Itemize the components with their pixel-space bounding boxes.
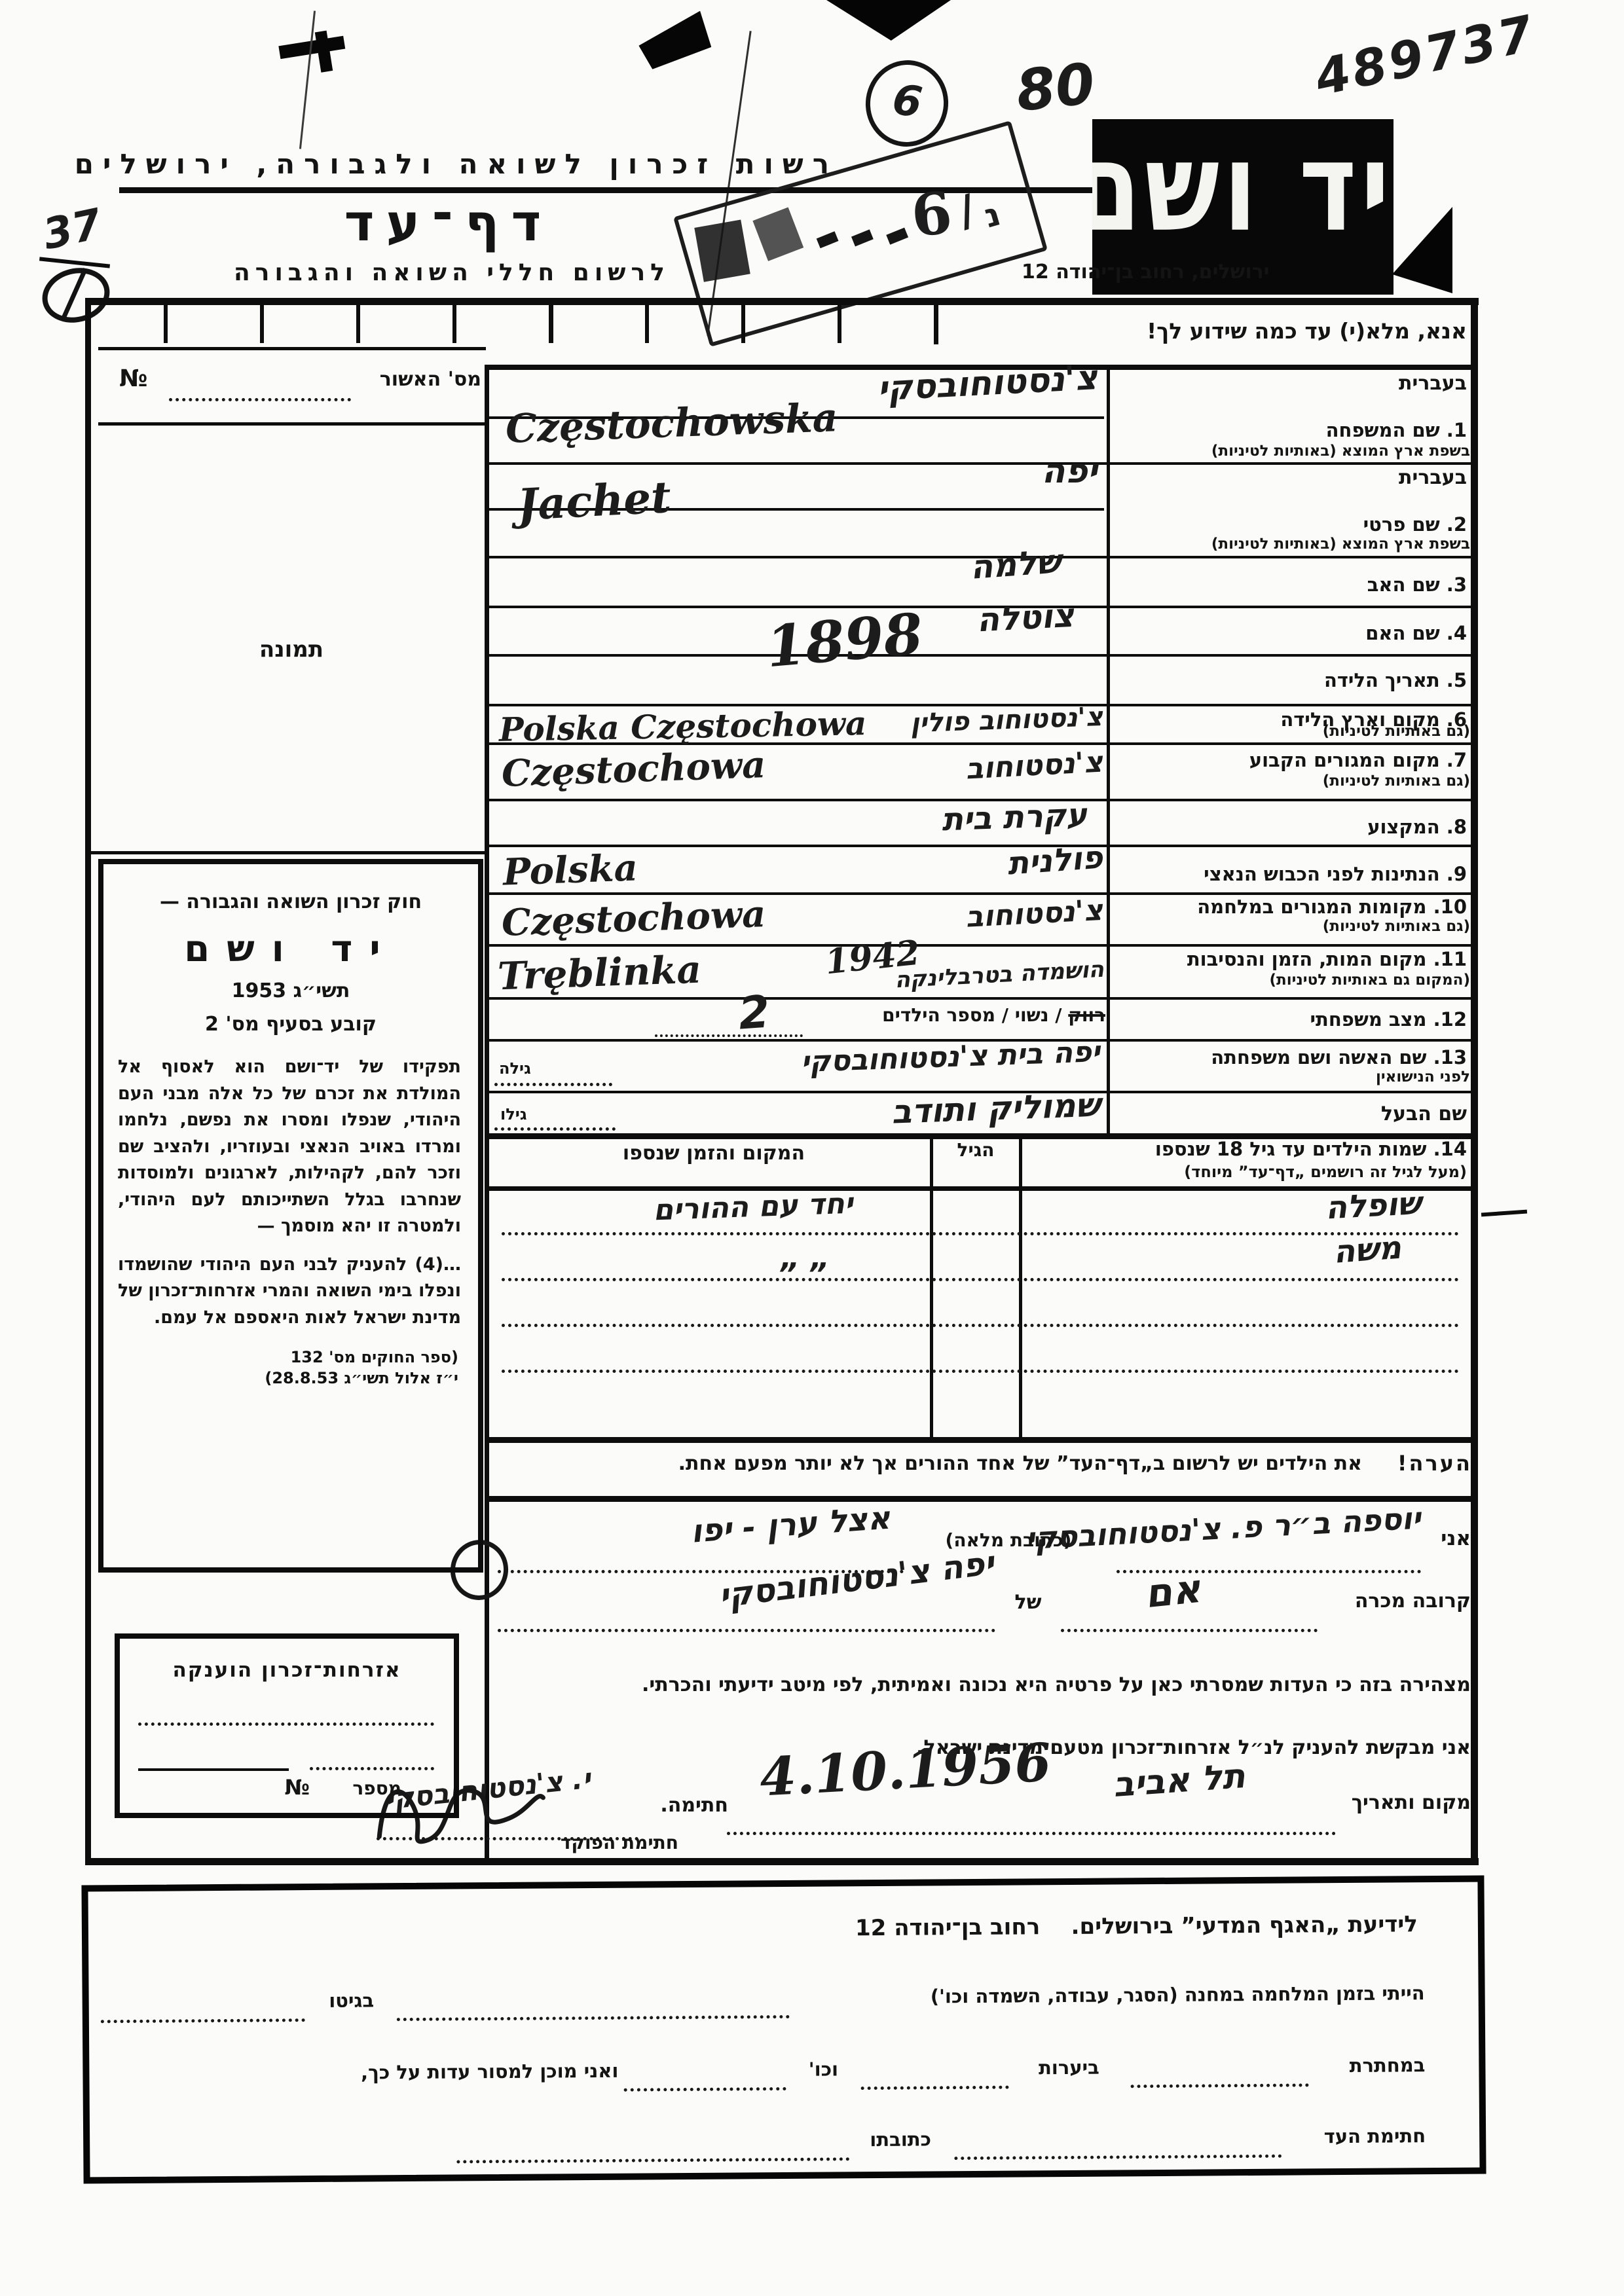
table-header-age: הגיל xyxy=(935,1139,1016,1161)
children-count-dots xyxy=(655,1034,803,1037)
table-row-line-4 xyxy=(502,1370,1459,1373)
footer-underground-label: במחתרת xyxy=(1314,2054,1425,2077)
row-line xyxy=(489,654,1472,657)
form-subtitle: לרשום חללי השואה והגבורה xyxy=(216,259,688,286)
hw-children-count: 2 xyxy=(737,986,771,1040)
form-divider-labels xyxy=(1107,365,1110,1136)
scanned-testimony-page: { "margin_annotations": { "file_number":… xyxy=(0,0,1624,2296)
hw-war-residence-latin: Częstochowa xyxy=(501,892,766,945)
hw-war-residence-hebrew: צ'נסטוחוב xyxy=(923,894,1103,936)
hw-declarant-address: אצל ערן - יפו xyxy=(523,1500,892,1562)
law-title-4: קובע בסעיף מס' 2 xyxy=(103,1013,478,1036)
footer-camp-dots xyxy=(397,2015,790,2021)
law-clause: …(4) להעניק לבני העם היהודי שהושמדו ונפל… xyxy=(118,1252,461,1332)
law-paragraph: תפקידו של יד־ושם הוא לאסוף אל המולדת את … xyxy=(118,1054,461,1240)
artifact-top-blob xyxy=(635,10,714,71)
authority-title: רשות זכרון לשואה ולגבורה, ירושלים xyxy=(144,148,838,180)
field-label-1: 1. שם המשפחה xyxy=(1113,419,1467,441)
form-divider-main xyxy=(485,365,489,1858)
footer-testimony-tail: ואני מוכן למסור עדות על כך, xyxy=(220,2060,618,2085)
law-source-1: (ספר החוקים מס' 132 xyxy=(103,1348,458,1366)
table-divider-age-left xyxy=(930,1133,933,1437)
photo-placeholder-label: תמונה xyxy=(249,636,334,663)
field-note-13: לפני הנישואין xyxy=(1113,1068,1470,1085)
hw-child-1-name: שופלה xyxy=(1217,1185,1422,1232)
artifact-scratch-line-2 xyxy=(299,10,316,149)
hw-surname-latin: Częstochowska xyxy=(505,395,839,452)
hw-residence-latin: Częstochowa xyxy=(501,743,766,795)
footer-title-address: רחוב בן־יהודה 12 xyxy=(855,1914,1040,1941)
hw-wife-name: יפה בית צ'נסטוחובסקי xyxy=(615,1035,1100,1085)
marital-options-rest: / נשוי / מספר הילדים xyxy=(882,1004,1061,1026)
hw-place: תל אביב xyxy=(1112,1757,1246,1805)
table-header-names-note: (מעל לגיל זה רושמים „דף־עד” מיוחד) xyxy=(1028,1163,1467,1181)
form-border-bottom xyxy=(85,1858,1479,1865)
law-title-3: תשי״ג 1953 xyxy=(103,979,478,1002)
tick-strip-underline xyxy=(98,347,486,350)
footer-info-box: לידיעת „האגף המדעי” בירושלים. רחוב בן־יה… xyxy=(81,1876,1486,2184)
form-title: דף־עד xyxy=(341,194,557,253)
row-line xyxy=(489,997,1472,1000)
left-margin-circle-mark xyxy=(37,261,116,330)
field-label-7: 7. מקום המגורים הקבוע xyxy=(1113,749,1467,771)
wife-age-label: גילה xyxy=(499,1059,531,1078)
row-line xyxy=(489,944,1472,947)
declaration-statement: מצהירה בזה כי העדות שמסרתי כאן על פרטיה … xyxy=(498,1673,1471,1696)
hw-child-2-name: משה xyxy=(1243,1230,1402,1277)
hw-relation: אם xyxy=(1143,1566,1203,1618)
field-label-hebrew-1: בעברית xyxy=(1113,372,1467,395)
hw-birth-year: 1898 xyxy=(764,601,925,680)
form-border-right xyxy=(1471,298,1478,1865)
circled-number-value: 6 xyxy=(889,75,925,127)
hw-birthplace-latin: Polska Częstochowa xyxy=(499,704,867,749)
circled-number-annotation: 6 xyxy=(860,55,953,152)
husband-age-label: גילו xyxy=(500,1105,527,1123)
footer-forests-label: ביערות xyxy=(1014,2056,1124,2079)
artifact-margin-dash xyxy=(1481,1210,1527,1217)
citizenship-number-symbol: № xyxy=(285,1775,310,1800)
field-label-11: 11. מקום המות, הזמן והנסיבות xyxy=(1113,948,1467,970)
citizenship-number-label: מספר xyxy=(352,1777,401,1799)
field-label-2: 2. שם פרטי xyxy=(1113,513,1467,536)
clerk-signature-label: חתימת הפוקד xyxy=(541,1832,678,1853)
approval-number-line xyxy=(169,398,351,401)
left-margin-number: 37 xyxy=(39,200,106,260)
field-label-10: 10. מקומות המגורים במלחמה xyxy=(1113,896,1467,918)
form-border-left xyxy=(85,298,91,1865)
field-note-2: בשפת ארץ המוצא (באותיות לטיניות) xyxy=(1113,536,1470,553)
law-title-2: יד ושם xyxy=(103,928,478,970)
table-header-names: 14. שמות הילדים עד גיל 18 שנספו xyxy=(1028,1138,1467,1160)
footer-ghetto-label: בגיטו xyxy=(312,1989,392,2012)
footer-underground-dots xyxy=(1131,2083,1309,2088)
footer-ghetto-dots xyxy=(101,2018,305,2023)
hw-profession: עקרת בית xyxy=(811,797,1088,843)
footer-camp-label: הייתי בזמן המלחמה במחנה (הסגר, עבודה, הש… xyxy=(796,1982,1425,2009)
left-margin-underline xyxy=(39,257,110,268)
footer-etc-label: וכו' xyxy=(791,2058,855,2081)
marital-status-options: רווק / נשוי / מספר הילדים xyxy=(811,1004,1105,1026)
field-label-5: 5. תאריך הלידה xyxy=(1113,669,1467,691)
footer-etc-dots xyxy=(624,2087,786,2092)
hw-father-name: שלמה xyxy=(876,542,1061,592)
artifact-top-triangle xyxy=(826,0,951,41)
stamp-slash: / xyxy=(953,186,981,237)
photo-area-bottom-line xyxy=(87,851,486,854)
field-label-hebrew-2: בעברית xyxy=(1113,466,1467,489)
footer-witness-signature-dots xyxy=(954,2155,1282,2160)
place-date-dots xyxy=(727,1832,1336,1835)
page-number-annotation: 80 xyxy=(1013,51,1098,124)
citizenship-dots-short xyxy=(310,1767,434,1770)
footer-title-line: לידיעת „האגף המדעי” בירושלים. רחוב בן־יה… xyxy=(246,1911,1418,1945)
place-date-label: מקום ותאריך xyxy=(1336,1791,1471,1814)
note-label: הערה! xyxy=(1380,1451,1472,1476)
citizenship-box: אזרחות־זכרון הוענקה מספר № xyxy=(115,1633,459,1818)
field-note-6: (גם באותיות לטיניות) xyxy=(1113,723,1470,740)
field-note-1: בשפת ארץ המוצא (באותיות לטיניות) xyxy=(1113,443,1470,460)
footer-witness-signature-label: חתימת העד xyxy=(1287,2124,1426,2147)
field-label-8: 8. המקצוע xyxy=(1113,816,1467,838)
logo-address: ירושלים, רחוב בן־יהודה 12 xyxy=(1022,261,1473,283)
hw-child-1-place: יחד עם ההורים xyxy=(621,1186,885,1228)
hw-victim-name: יפה צ'נסטוחובסקי xyxy=(563,1544,996,1634)
hw-citizenship-latin: Polska xyxy=(502,846,638,894)
hw-birthplace-hebrew: צ'נסטוחוב פולין xyxy=(877,702,1103,740)
citizenship-box-title: אזרחות־זכרון הוענקה xyxy=(120,1658,454,1682)
yad-vashem-logo-text: יד ושם xyxy=(1092,119,1393,259)
approval-row-line xyxy=(98,422,486,426)
footer-address-label: כתובתו xyxy=(855,2128,946,2151)
stamp-letter: נ xyxy=(980,194,1005,235)
field-label-13: 13. שם האשה ושם משפחתה xyxy=(1113,1046,1467,1068)
field-label-12: 12. מצב משפחתי xyxy=(1113,1008,1467,1030)
footer-address-dots xyxy=(456,2157,849,2163)
file-number-annotation: 489737 xyxy=(1310,3,1540,107)
field-label-3: 3. שם האב xyxy=(1113,574,1467,596)
footer-title: לידיעת „האגף המדעי” בירושלים. xyxy=(1071,1911,1418,1940)
stamp-digit: 6 xyxy=(908,178,955,250)
hw-residence-hebrew: צ'נסטוחוב xyxy=(916,746,1103,789)
law-title-1: חוק זכרון השואה והגבורה — xyxy=(103,890,478,913)
declarant-address-label: (כתובת מלאה) xyxy=(910,1529,1107,1551)
field-label-husband: שם הבעל xyxy=(1113,1102,1467,1125)
approval-number-label: מס' האשור xyxy=(354,368,481,391)
hw-death-place-latin: Tręblinka xyxy=(497,947,702,999)
footer-forests-dots xyxy=(861,2086,1009,2090)
artifact-corner-mark xyxy=(277,27,351,81)
law-box: חוק זכרון השואה והגבורה — יד ושם תשי״ג 1… xyxy=(98,859,483,1573)
relative-label: קרובה מכרה xyxy=(1323,1590,1471,1613)
approval-number-symbol: № xyxy=(119,365,147,392)
note-rule-bottom xyxy=(489,1496,1472,1502)
hw-firstname-hebrew: יפה xyxy=(969,452,1098,491)
husband-age-dots xyxy=(494,1127,616,1131)
table-row-line-3 xyxy=(502,1324,1459,1327)
relation-dots xyxy=(1061,1629,1318,1632)
form-border-top xyxy=(85,298,1479,305)
table-row-line-2 xyxy=(502,1278,1459,1281)
hw-child-2-place: „ „ xyxy=(733,1240,877,1275)
hw-husband-name: שמוליק ותודב xyxy=(746,1086,1101,1137)
note-text: את הילדים יש לרשום ב„דף־העד” של אחד ההור… xyxy=(498,1452,1362,1475)
hw-firstname-latin: Jachet xyxy=(516,471,672,530)
signature-label: חתימה. xyxy=(643,1794,728,1817)
row-line xyxy=(489,892,1472,895)
note-rule-top xyxy=(489,1437,1472,1443)
marital-option-single: רווק xyxy=(1068,1004,1105,1026)
declarant-i-label: אני xyxy=(1425,1527,1471,1550)
citizenship-dots xyxy=(138,1722,434,1726)
table-header-place: המקום והזמן שנספו xyxy=(557,1142,871,1165)
field-label-4: 4. שם האם xyxy=(1113,622,1467,644)
field-label-9: 9. הנתינות לפני הכבוש הנאצי xyxy=(1113,863,1467,885)
citizenship-line xyxy=(138,1768,289,1771)
table-divider-age-right xyxy=(1019,1133,1022,1437)
field-note-10: (גם באותיות לטיניות) xyxy=(1113,918,1470,935)
field-note-11: (המקום גם באותיות לטיניות) xyxy=(1113,972,1470,989)
of-label: של xyxy=(1002,1591,1054,1614)
law-source-2: י״ז אלול תשי״ג 28.8.53) xyxy=(103,1369,458,1387)
fill-instruction: אנא, מלא(י) עד כמה שידוע לך! xyxy=(1113,318,1467,344)
field-note-7: (גם באותיות לטיניות) xyxy=(1113,773,1470,790)
wife-age-dots xyxy=(494,1083,612,1086)
